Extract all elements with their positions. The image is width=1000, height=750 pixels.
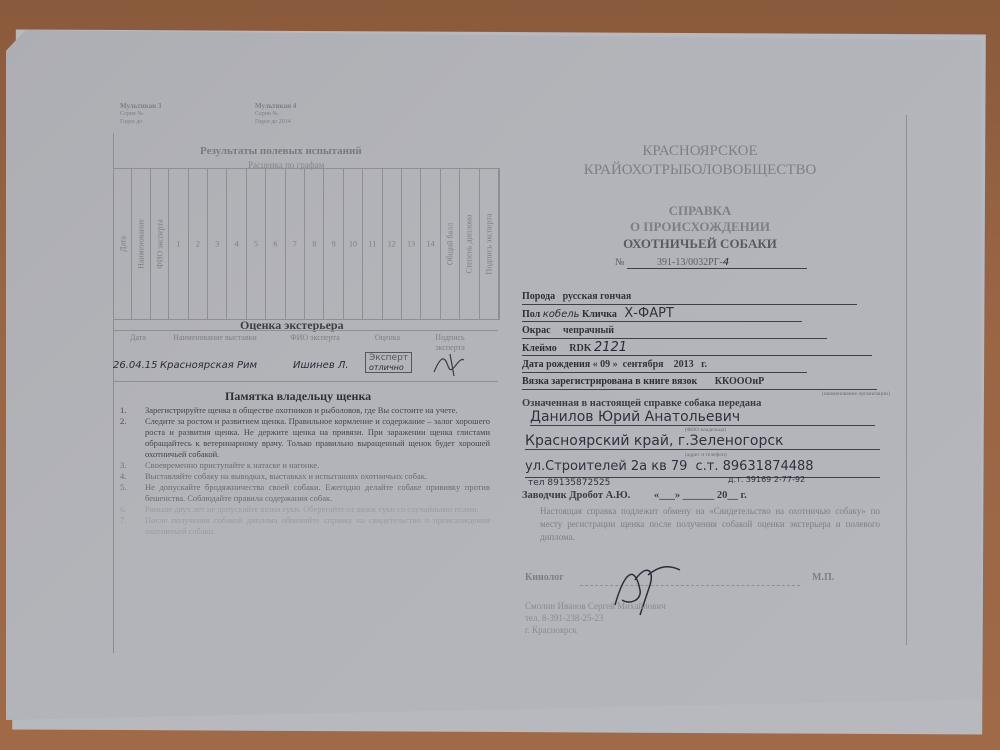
trials-column: 1 bbox=[169, 169, 188, 319]
exterior-col-grade: Оценка bbox=[365, 333, 410, 343]
trials-column-label: 9 bbox=[332, 240, 336, 249]
field-trials-table: ДатаНаименованиеФИО эксперта123456789101… bbox=[113, 168, 500, 320]
trials-column-label: 12 bbox=[388, 240, 396, 249]
sex-value: кобель bbox=[543, 309, 580, 320]
field-breed: Порода русская гончая bbox=[522, 290, 857, 305]
trials-column-label: 7 bbox=[293, 240, 297, 249]
color-label: Окрас bbox=[522, 325, 551, 336]
trials-column-label: 1 bbox=[176, 240, 180, 249]
owner-tel: тел 89135872525 bbox=[528, 478, 610, 488]
memo-item-number: 3. bbox=[120, 460, 145, 471]
number-label: № bbox=[615, 257, 625, 268]
trials-column: Степень диплома bbox=[460, 169, 479, 319]
trials-column-label: Наименование bbox=[137, 219, 146, 269]
field-mating: Вязка зарегистрирована в книге вязок ККО… bbox=[522, 375, 877, 390]
memo-item-number: 4. bbox=[120, 471, 145, 482]
doc-number: № 391-13/0032РГ-4 bbox=[615, 257, 807, 269]
dob-suffix: г. bbox=[701, 359, 707, 370]
field-trials-title: Результаты полевых испытаний bbox=[200, 145, 362, 157]
trials-column: 10 bbox=[344, 169, 363, 319]
trials-column-label: 3 bbox=[215, 240, 219, 249]
trials-column-label: 4 bbox=[235, 240, 239, 249]
header-block-title: Мультикан 4 bbox=[255, 102, 296, 110]
memo-item-number: 5. bbox=[120, 482, 145, 504]
dob-month: сентября bbox=[623, 359, 664, 370]
brand-prefix: RDK bbox=[569, 343, 591, 354]
dob-label: Дата рождения bbox=[522, 359, 590, 370]
field-brand: Клеймо RDK 2121 bbox=[522, 341, 872, 356]
trials-column: 5 bbox=[247, 169, 266, 319]
memo-item-text: Следите за ростом и развитием щенка. Пра… bbox=[145, 416, 490, 460]
header-block-line: Годен до 2014 bbox=[255, 118, 296, 126]
transfer-label: Означенная в настоящей справке собака пе… bbox=[522, 398, 761, 409]
memo-item: 7.После получения собакой диплома обменя… bbox=[120, 515, 490, 537]
trials-column: 11 bbox=[363, 169, 382, 319]
expert-stamp: Эксперт bbox=[369, 353, 408, 363]
memo-item-text: Раньше двух лет не допускайте вязки суки… bbox=[145, 504, 479, 515]
trials-column: 13 bbox=[402, 169, 421, 319]
trials-column: 8 bbox=[305, 169, 324, 319]
trials-column: 2 bbox=[189, 169, 208, 319]
trials-column: 4 bbox=[227, 169, 246, 319]
trials-column-label: 10 bbox=[349, 240, 357, 249]
name-label: Кличка bbox=[582, 309, 617, 320]
trials-column-label: 6 bbox=[273, 240, 277, 249]
memo-item-number: 7. bbox=[120, 515, 145, 537]
trials-column-label: Дата bbox=[118, 236, 127, 252]
org-line-1: КРАСНОЯРСКОЕ bbox=[510, 143, 890, 160]
trials-column-label: Подпись эксперта bbox=[484, 214, 493, 275]
exterior-expert: Ишинев Л. bbox=[293, 360, 349, 371]
number-field: 391-13/0032РГ-4 bbox=[627, 257, 807, 269]
footer-line: Смолин Иванов Сергей Михайлович bbox=[525, 600, 666, 612]
dob-day: « 09 » bbox=[593, 359, 618, 370]
doc-title-3: ОХОТНИЧЬЕЙ СОБАКИ bbox=[510, 236, 890, 252]
exterior-grade-value: отлично bbox=[369, 363, 408, 372]
trials-column-label: 13 bbox=[407, 240, 415, 249]
trials-column: 7 bbox=[286, 169, 305, 319]
cynologist-label: Кинолог bbox=[525, 572, 564, 583]
memo-item: 2.Следите за ростом и развитием щенка. П… bbox=[120, 416, 490, 460]
breeder-line: Заводчик Дробот А.Ю. «___» ______ 20__ г… bbox=[522, 490, 747, 501]
owner-name: Данилов Юрий Анатольевич bbox=[530, 409, 875, 426]
exterior-col-date: Дата bbox=[118, 333, 158, 343]
breed-label: Порода bbox=[522, 291, 555, 302]
memo-title: Памятка владельцу щенка bbox=[225, 389, 371, 404]
memo-item: 1.Зарегистрируйте щенка в обществе охотн… bbox=[120, 405, 490, 416]
number-value: 391-13/0032РГ- bbox=[657, 257, 723, 268]
mating-label: Вязка зарегистрирована в книге вязок bbox=[522, 376, 697, 387]
trials-column: 9 bbox=[324, 169, 343, 319]
owner-address: Красноярский край, г.Зеленогорск bbox=[525, 433, 880, 450]
notice-text: Настоящая справка подлежит обмену на «Св… bbox=[540, 505, 880, 544]
memo-item-text: Зарегистрируйте щенка в обществе охотник… bbox=[145, 405, 458, 416]
memo-item-number: 2. bbox=[120, 416, 145, 460]
header-block-2: Мультикан 4 Серия № Годен до 2014 bbox=[255, 102, 296, 126]
exterior-col-show: Наименование выставки bbox=[170, 333, 260, 343]
brand-label: Клеймо bbox=[522, 343, 557, 354]
org-line-2: КРАЙОХОТРЫБОЛОВОБЩЕСТВО bbox=[510, 162, 890, 179]
memo-item: 5.Не допускайте бродяжничества своей соб… bbox=[120, 482, 490, 504]
footer-block: Смолин Иванов Сергей Михайлович тел. 8-3… bbox=[525, 600, 666, 636]
trials-column-label: 14 bbox=[427, 240, 435, 249]
trials-column: Общий балл bbox=[441, 169, 460, 319]
trials-column-label: Степень диплома bbox=[465, 214, 474, 273]
header-block-line: Серия № bbox=[255, 110, 296, 118]
trials-column-label: 8 bbox=[312, 240, 316, 249]
stamp-label: М.П. bbox=[812, 572, 834, 583]
header-block-line: Серия № bbox=[120, 110, 161, 118]
exterior-col-expert: ФИО эксперта bbox=[290, 333, 340, 343]
owner-street-line: ул.Строителей 2а кв 79 с.т. 89631874488 bbox=[525, 457, 880, 478]
field-color: Окрас чепрачный bbox=[522, 324, 827, 339]
memo-item-text: Своевременно приступайте к натаске и наг… bbox=[145, 460, 319, 471]
trials-column: 14 bbox=[421, 169, 440, 319]
memo-item-text: Не допускайте бродяжничества своей собак… bbox=[145, 482, 490, 504]
memo-item: 6.Раньше двух лет не допускайте вязки су… bbox=[120, 504, 490, 515]
trials-column: 12 bbox=[383, 169, 402, 319]
number-hand: 4 bbox=[723, 257, 729, 268]
header-block-1: Мультикан 3 Серия № Годен до bbox=[120, 102, 161, 126]
owner-phone: с.т. 89631874488 bbox=[695, 459, 813, 474]
mating-value: ККОООиР bbox=[715, 376, 764, 387]
breed-value: русская гончая bbox=[563, 291, 632, 302]
header-block-line: Годен до bbox=[120, 118, 161, 126]
doc-title-2: О ПРОИСХОЖДЕНИИ bbox=[510, 219, 890, 235]
trials-column-label: 2 bbox=[196, 240, 200, 249]
owner-phone-2: д.т. 39169 2-77-92 bbox=[728, 475, 805, 484]
trials-column-label: ФИО эксперта bbox=[155, 219, 164, 268]
memo-item: 4.Выставляйте собаку на выводках, выстав… bbox=[120, 471, 490, 482]
memo-item-text: Выставляйте собаку на выводках, выставка… bbox=[145, 471, 427, 482]
trials-column: Наименование bbox=[132, 169, 150, 319]
field-dob: Дата рождения « 09 » сентября 2013 г. bbox=[522, 358, 807, 373]
trials-column-label: 5 bbox=[254, 240, 258, 249]
memo-item: 3.Своевременно приступайте к натаске и н… bbox=[120, 460, 490, 471]
exterior-show: Красноярская Рим bbox=[160, 360, 257, 371]
brand-value: 2121 bbox=[594, 340, 627, 355]
trials-column: 6 bbox=[266, 169, 285, 319]
exterior-grade: Эксперт отлично bbox=[365, 352, 412, 373]
sex-label: Пол bbox=[522, 309, 540, 320]
memo-item-number: 6. bbox=[120, 504, 145, 515]
trials-column: Дата bbox=[114, 169, 132, 319]
footer-line: тел. 8-391-238-25-23 bbox=[525, 612, 666, 624]
trials-column-label: Общий балл bbox=[445, 223, 454, 265]
doc-title-1: СПРАВКА bbox=[510, 203, 890, 219]
trials-column: Подпись эксперта bbox=[480, 169, 499, 319]
footer-line: г. Красноярск bbox=[525, 624, 666, 636]
trials-column: ФИО эксперта bbox=[151, 169, 169, 319]
memo-item-number: 1. bbox=[120, 405, 145, 416]
expert-signature bbox=[430, 350, 470, 378]
dob-year: 2013 bbox=[674, 359, 694, 370]
mating-caption: (наименование организации) bbox=[822, 391, 890, 397]
memo-item-text: После получения собакой диплома обменяйт… bbox=[145, 515, 490, 537]
trials-column-label: 11 bbox=[369, 240, 377, 249]
trials-column: 3 bbox=[208, 169, 227, 319]
memo-list: 1.Зарегистрируйте щенка в обществе охотн… bbox=[120, 405, 490, 537]
owner-street: ул.Строителей 2а кв 79 bbox=[525, 459, 687, 474]
color-value: чепрачный bbox=[563, 325, 614, 336]
field-sex-name: Пол кобель Кличка Х-ФАРТ bbox=[522, 307, 802, 322]
header-block-title: Мультикан 3 bbox=[120, 102, 161, 110]
name-value: Х-ФАРТ bbox=[624, 306, 673, 321]
exterior-date: 26.04.15 bbox=[113, 360, 158, 371]
breeder-date: «___» ______ 20__ г. bbox=[654, 490, 747, 501]
breeder-name: Заводчик Дробот А.Ю. bbox=[522, 490, 630, 501]
